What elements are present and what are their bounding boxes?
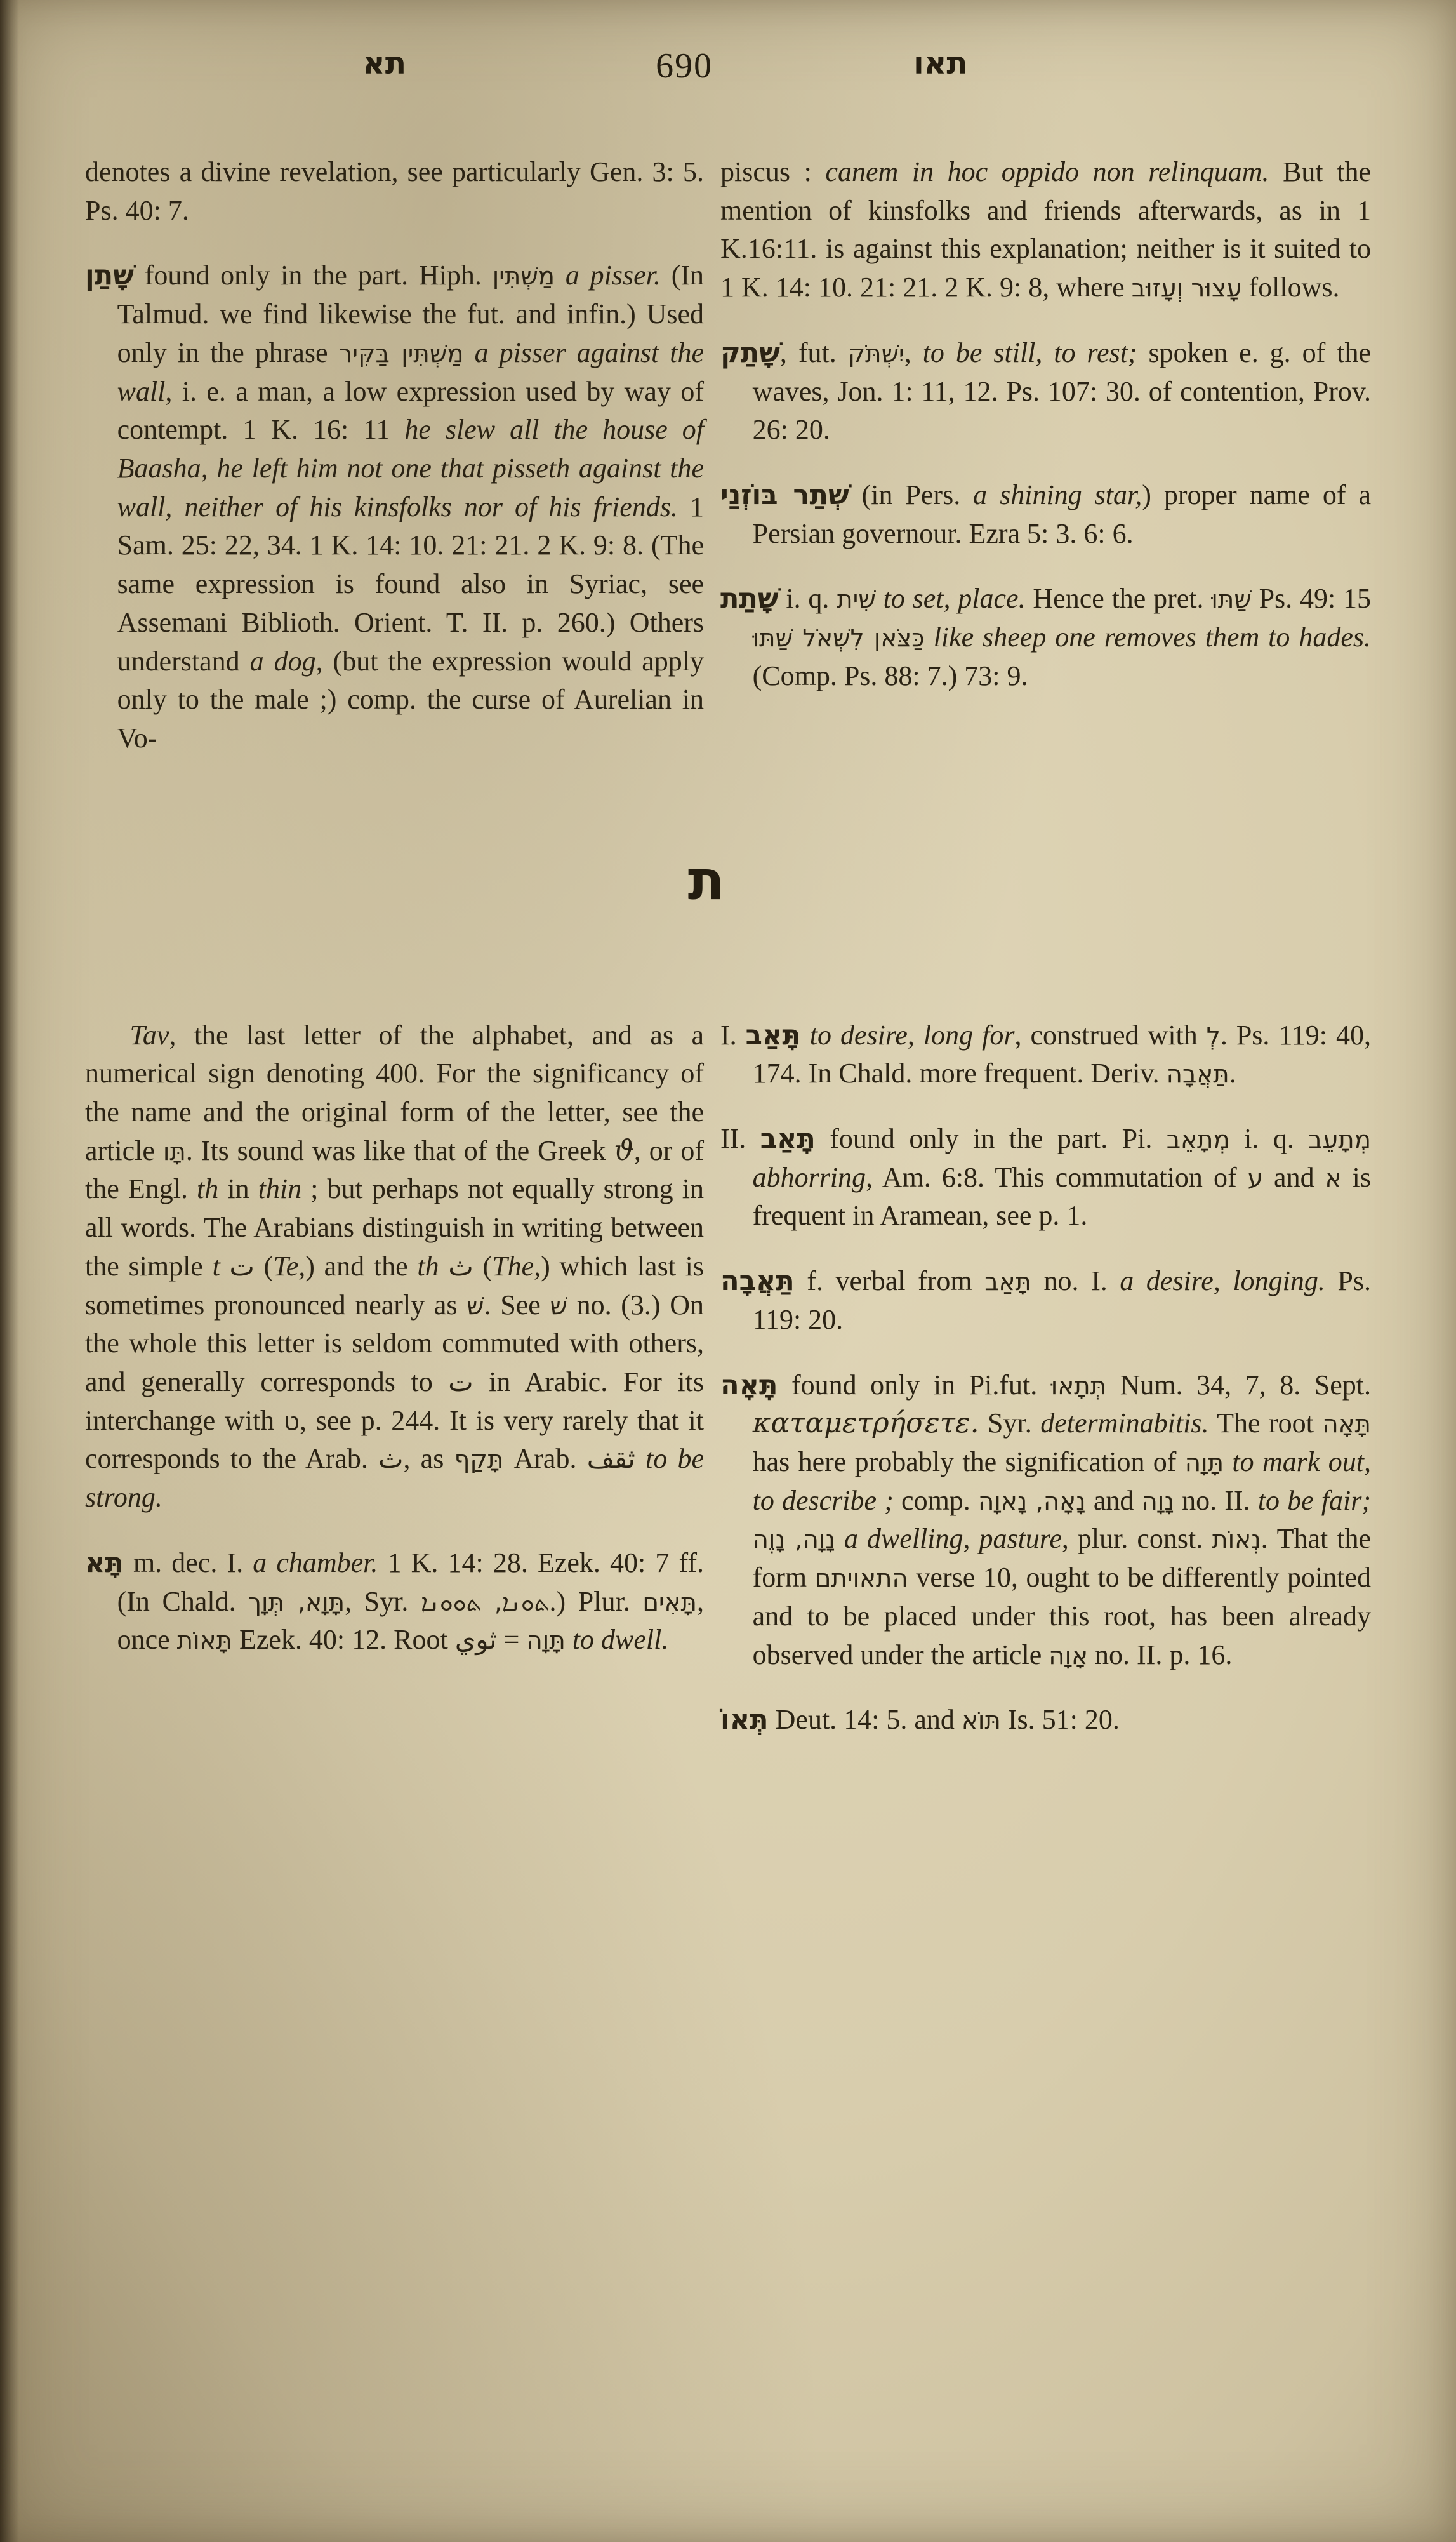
italic-text: a dog [250,646,316,677]
text-run: ( [473,1251,492,1282]
entry-paragraph: שָׁתַק, fut. יִשְׁתֹּק, to be still, to … [720,334,1371,449]
hebrew-word: עָצוּר וְעָזוּב [1132,274,1242,303]
text-run: .) Plur. [550,1586,643,1617]
text-run: found only in the part. Pi. [816,1123,1167,1154]
italic-text: to be still, to rest; [923,337,1137,368]
hebrew-word: לְ [1207,1022,1221,1051]
entry-paragraph: denotes a divine revelation, see particu… [85,153,704,230]
text-run: . [1229,1058,1236,1089]
italic-text: thin [258,1173,301,1204]
hebrew-headword: תַּאֲבָה [720,1265,795,1297]
text-run [1224,1446,1232,1477]
hebrew-word: נָוָה [1142,1487,1174,1516]
hebrew-word: תָּאוֹת [177,1627,232,1655]
hebrew-word: נָוָה, נָוֶה [753,1526,835,1554]
hebrew-word: תָּוָה [1185,1449,1224,1477]
hebrew-word: אָוָה [1049,1642,1088,1670]
hebrew-headword: תָּאָה [720,1369,778,1401]
text-run [220,1251,230,1282]
italic-text: to be fair; [1258,1485,1371,1516]
italic-text: th [197,1173,218,1204]
text-run: i. q. [1230,1123,1308,1154]
lower-section: Tav, the last letter of the alphabet, an… [0,1016,1456,1740]
hebrew-word: תָּאָה [1322,1410,1371,1439]
text-run: and [1263,1162,1325,1193]
italic-text: The, [492,1251,541,1282]
text-run: Arab. [503,1443,586,1474]
section-divider: ת [0,853,1456,910]
text-run: Deut. 14: 5. and [769,1704,962,1735]
text-run: no. II. [1174,1485,1258,1516]
text-run: found only in Pi.fut. [778,1369,1050,1401]
hebrew-word: מְתָעֵב [1308,1126,1371,1154]
entry-paragraph: piscus : canem in hoc oppido non relinqu… [720,153,1371,307]
text-run: Num. 34, 7, 8. Sept. [1106,1369,1371,1401]
text-run [635,1443,645,1474]
entry-paragraph: שְׁתַר בּוֹזְנַי (in Pers. a shining sta… [720,476,1371,553]
section-letter-tav: ת [688,853,725,908]
hebrew-word: שִׁית [837,585,876,614]
text-run: Ezek. 40: 12. Root [232,1624,455,1655]
text-run [876,583,884,614]
text-run: follows. [1242,272,1340,303]
text-run: Is. 51: 20. [1001,1704,1120,1735]
text-run: . Its sound was like that of the Greek [186,1135,614,1166]
hebrew-headword: שָׁתַק [720,337,780,369]
text-run [925,622,934,653]
hebrew-word: תַּאֲבָה [1167,1060,1229,1089]
page-number: 690 [656,42,713,91]
text-run: , [904,337,923,368]
text-run: comp. [894,1485,978,1516]
italic-text: to desire, long for [810,1020,1015,1051]
text-run: Ps. 49: 15 [1252,583,1371,614]
italic-text: abhorring [753,1162,866,1193]
hebrew-headword: שָׁתַן [85,260,134,291]
text-run: has here probably the signification of [753,1446,1185,1477]
arabic-word: ث [378,1443,403,1474]
greek-word: ϑ [614,1135,633,1167]
text-run: = [497,1624,527,1655]
greek-word: καταμετρήσετε. [753,1407,979,1439]
hebrew-word: התאויתם [815,1564,908,1593]
upper-right-column: piscus : canem in hoc oppido non relinqu… [720,153,1371,696]
hebrew-word: תָּאִים [642,1588,697,1617]
hebrew-word: תָּאַב [984,1268,1031,1296]
text-run: , construed with [1015,1020,1207,1051]
text-run [801,1020,810,1051]
upper-section: denotes a divine revelation, see particu… [0,153,1456,758]
italic-text: Te, [273,1251,305,1282]
text-run: , Syr. [345,1586,421,1617]
text-run: denotes a divine revelation, see particu… [85,156,704,226]
italic-text: determinabitis. [1040,1407,1208,1439]
text-run: I. [720,1020,746,1051]
hebrew-headword: תָּאַב [746,1020,801,1051]
hebrew-word: תָּוָא, תְּוָך [248,1588,345,1617]
text-run: ( [255,1251,273,1282]
hebrew-word: נְאוֹת [1212,1526,1261,1554]
hebrew-word: יִשְׁתֹּק [848,340,904,368]
entry-paragraph: תָּא m. dec. I. a chamber. 1 K. 14: 28. … [85,1544,704,1660]
text-run: The root [1208,1407,1322,1439]
italic-text: to set, place. [884,583,1026,614]
text-run: found only in the part. Hiph. [134,260,493,291]
hebrew-word: תָּקַף [454,1446,504,1474]
italic-text: to dwell. [572,1624,669,1655]
italic-text: t [213,1251,220,1282]
hebrew-word: מְתָאֵב [1167,1126,1230,1154]
italic-text: a shining star, [973,479,1142,510]
arabic-word: ثقف [587,1443,635,1474]
hebrew-word: כַּצֹּאן לִשְׁאֹל שַׁתּוּ [753,624,925,653]
lower-right-column: I. תָּאַב to desire, long for, construed… [720,1016,1371,1740]
hebrew-word: מַשְׁתִּין בַּקִּיר [339,340,464,368]
italic-text: a pisser. [555,260,661,291]
entry-paragraph: II. תָּאַב found only in the part. Pi. מ… [720,1120,1371,1235]
text-run: f. verbal from [795,1265,984,1296]
entry-paragraph: תְּאוֹ Deut. 14: 5. and תּוֹא Is. 51: 20… [720,1701,1371,1740]
text-run: Syr. [979,1407,1041,1439]
italic-text: canem in hoc oppido non relinquam. [825,156,1269,187]
text-run: Hence the pret. [1026,583,1212,614]
text-run [566,1624,572,1655]
hebrew-headword: תָּאַב [760,1123,816,1155]
entry-paragraph: תַּאֲבָה f. verbal from תָּאַב no. I. a … [720,1262,1371,1339]
text-run: , Am. 6:8. This commutation of [866,1162,1248,1193]
page-header: תא 690 תאו [0,0,1456,124]
hebrew-word: תּוֹא [962,1707,1001,1735]
hebrew-headword: שָׁתַת [720,583,779,615]
hebrew-word: א [1325,1164,1342,1193]
entry-paragraph: שָׁתַת i. q. שִׁית to set, place. Hence … [720,580,1371,695]
header-catchword-right: תאו [913,42,968,85]
text-run [835,1523,844,1554]
entry-paragraph: Tav, the last letter of the alphabet, an… [85,1016,704,1517]
hebrew-word: נָאָה, נָאוָה [978,1487,1086,1516]
hebrew-word: שַׁתּוּ [1211,585,1251,614]
italic-text: a dwelling, pasture [844,1523,1062,1554]
text-run: , fut. [780,337,848,368]
text-run: piscus : [720,156,825,187]
hebrew-word: שׁ [467,1292,484,1321]
hebrew-headword: תְּאוֹ [720,1704,769,1736]
text-run: ) and the [305,1251,417,1282]
text-run: . See [484,1289,550,1321]
hebrew-word: תָּוָה [527,1627,566,1655]
scanned-lexicon-page: תא 690 תאו denotes a divine revelation, … [0,0,1456,2542]
text-run: , plur. const. [1062,1523,1212,1554]
hebrew-word: שׁ [550,1292,567,1321]
hebrew-word: תְּתָאוּ [1051,1372,1106,1401]
text-run: m. dec. I. [124,1547,253,1578]
italic-text: a chamber. [253,1547,378,1578]
hebrew-word: תָּו [163,1138,186,1166]
lower-left-column: Tav, the last letter of the alphabet, an… [85,1016,704,1660]
text-run: i. q. [779,583,837,614]
text-run: no. II. p. 16. [1088,1639,1232,1670]
text-run: II. [720,1123,760,1154]
text-run: in [218,1173,258,1204]
arabic-word: ثوي [455,1624,497,1655]
entry-paragraph: תָּאָה found only in Pi.fut. תְּתָאוּ Nu… [720,1366,1371,1675]
text-run: (in Pers. [849,479,974,510]
syriac-word: ܬܘܢܐ, ܬܘܘܢܐ [421,1588,550,1616]
arabic-word: ت [230,1251,255,1282]
italic-text: like sheep one removes them to hades. [934,622,1371,653]
hebrew-word: מַשְׁתִּין [493,262,555,291]
arabic-word: ت [448,1366,473,1397]
arabic-word: ث [448,1251,473,1282]
entry-paragraph: I. תָּאַב to desire, long for, construed… [720,1016,1371,1093]
text-run [439,1251,449,1282]
italic-text: a desire, longing. [1120,1265,1325,1296]
text-run: no. I. [1031,1265,1120,1296]
text-run: (Comp. Ps. 88: 7.) 73: 9. [753,660,1028,691]
upper-left-column: denotes a divine revelation, see particu… [85,153,704,758]
entry-paragraph: שָׁתַן found only in the part. Hiph. מַש… [85,256,704,757]
hebrew-headword: תָּא [85,1547,124,1579]
italic-text: Tav [129,1020,169,1051]
text-run: , as [403,1443,454,1474]
italic-text: th [417,1251,439,1282]
hebrew-word: ע [1248,1164,1263,1193]
text-run: and [1086,1485,1142,1516]
header-catchword-left: תא [362,42,406,85]
hebrew-headword: שְׁתַר בּוֹזְנַי [720,479,849,511]
hebrew-word: ט [284,1407,300,1436]
